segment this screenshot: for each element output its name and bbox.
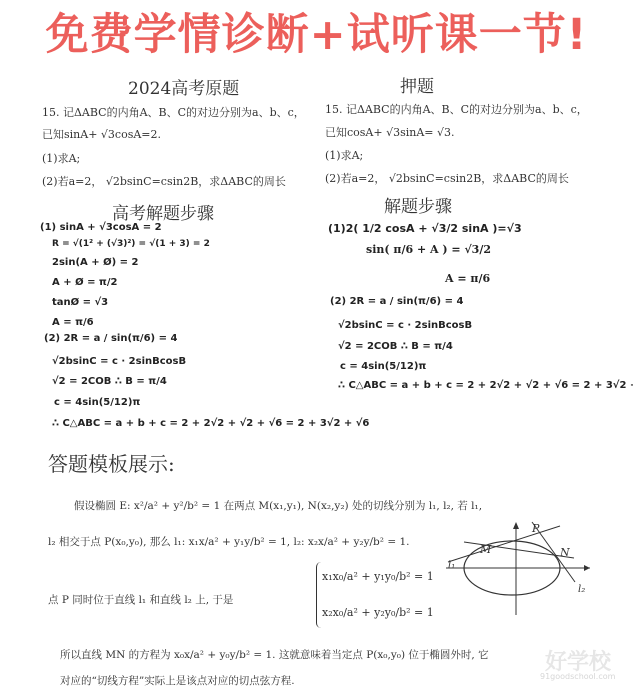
left-step-1: (1) sinA + √3cosA = 2 — [40, 222, 162, 233]
right-step-1: (1)2( 1/2 cosA + √3/2 sinA )=√3 — [328, 222, 522, 235]
system-brace — [316, 562, 321, 628]
ellipse-tangent-figure: P M N l₁ l₂ — [440, 520, 590, 615]
left-step-9: √2 = 2COB ∴ B = π/4 — [52, 376, 167, 387]
label-M: M — [479, 543, 492, 556]
right-title: 押题 — [400, 72, 434, 97]
banner-title: 免费学情诊断+试听课一节! — [46, 1, 588, 62]
right-question-line1: 15. 记ΔABC的内角A、B、C的对边分别为a、b、c， — [325, 101, 588, 117]
system-eq-1: x₁x₀/a² + y₁y₀/b² = 1 — [322, 570, 434, 583]
template-title: 答题模板展示: — [48, 448, 175, 477]
template-para-1: 假设椭圆 E: x²/a² + y²/b² = 1 在两点 M(x₁,y₁), … — [74, 498, 482, 513]
promo-banner: 免费学情诊断+试听课一节! — [0, 0, 633, 62]
watermark-url: 91goodschool.com — [540, 672, 615, 681]
left-step-8: √2bsinC = c · 2sinBcosB — [52, 356, 186, 367]
right-step-2: sin( π/6 + A ) = √3/2 — [366, 243, 491, 256]
left-step-7: (2) 2R = a / sin(π/6) = 4 — [44, 333, 177, 344]
left-question-line2: 已知sinA+ √3cosA=2. — [42, 126, 161, 142]
left-step-4: A + Ø = π/2 — [52, 277, 117, 288]
right-step-5: √2bsinC = c · 2sinBcosB — [338, 320, 472, 331]
right-step-7: c = 4sin(5/12)π — [340, 361, 426, 372]
left-step-2: R = √(1² + (√3)²) = √(1 + 3) = 2 — [52, 239, 210, 249]
template-para-2: l₂ 相交于点 P(x₀,y₀), 那么 l₁: x₁x/a² + y₁y/b²… — [48, 534, 409, 549]
label-l2: l₂ — [578, 584, 585, 595]
right-step-6: √2 = 2COB ∴ B = π/4 — [338, 341, 453, 352]
right-question-part1: (1)求A; — [325, 147, 363, 163]
left-question-line1: 15. 记ΔABC的内角A、B、C的对边分别为a、b、c， — [42, 104, 305, 120]
left-step-6: A = π/6 — [52, 317, 94, 328]
right-question-part2: (2)若a=2， √2bsinC=csin2B，求ΔABC的周长 — [325, 170, 569, 186]
left-step-11: ∴ C△ABC = a + b + c = 2 + 2√2 + √2 + √6 … — [52, 418, 369, 429]
label-l1: l₁ — [448, 560, 455, 571]
left-question-part1: (1)求A; — [42, 150, 80, 166]
left-question-part2: (2)若a=2， √2bsinC=csin2B，求ΔABC的周长 — [42, 173, 286, 189]
left-steps-title: 高考解题步骤 — [112, 199, 214, 224]
system-eq-2: x₂x₀/a² + y₂y₀/b² = 1 — [322, 606, 434, 619]
left-step-5: tanØ = √3 — [52, 297, 108, 308]
template-para-4: 所以直线 MN 的方程为 x₀x/a² + y₀y/b² = 1. 这就意味着当… — [60, 647, 489, 662]
left-title: 2024高考原题 — [128, 74, 239, 99]
left-step-10: c = 4sin(5/12)π — [54, 397, 140, 408]
template-para-5: 对应的“切线方程”实际上是该点对应的切点弦方程. — [60, 673, 295, 688]
label-N: N — [559, 546, 570, 559]
right-step-8: ∴ C△ABC = a + b + c = 2 + 2√2 + √2 + √6 … — [338, 380, 633, 391]
template-para-3: 点 P 同时位于直线 l₁ 和直线 l₂ 上, 于是 — [48, 592, 233, 607]
label-P: P — [531, 522, 540, 535]
right-step-4: (2) 2R = a / sin(π/6) = 4 — [330, 296, 463, 307]
right-steps-title: 解题步骤 — [384, 192, 452, 217]
right-step-3: A = π/6 — [445, 272, 490, 285]
right-question-line2: 已知cosA+ √3sinA= √3. — [325, 124, 455, 140]
left-step-3: 2sin(A + Ø) = 2 — [52, 257, 138, 268]
